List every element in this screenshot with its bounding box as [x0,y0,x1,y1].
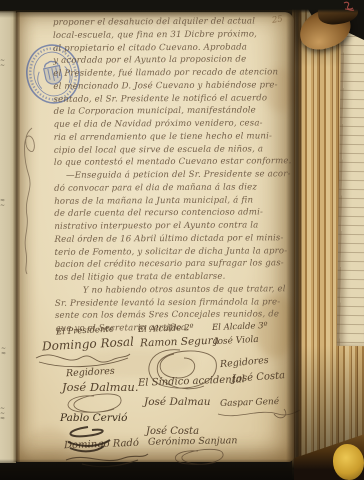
signature-regidor-sans: Gerónimo Sanjuan [148,435,238,448]
rubric-president [34,346,134,370]
edge-ink-fragment: ~~ [0,58,4,68]
rubric-second-alcalde [134,344,226,396]
title-third-alcalde: El Alcalde 3º [212,321,268,333]
rubric-dalmau [56,392,132,416]
manuscript-text: proponer el desahucio del alquiler del a… [53,15,297,335]
edge-ink-fragment: ~≈ [1,346,5,356]
margin-flourish [20,124,42,276]
signature-regidor-dalmau-2: José Dalmau [144,396,211,408]
edge-ink-fragment: ≈~ [0,198,4,208]
label-regidores-right: Regidores [220,355,270,370]
edge-ink-fragment: ~~≈ [0,406,4,421]
page-top-shadow [0,10,300,18]
scanned-document-photo: ~~ ≈~ ~≈ ~~≈ 25 proponer el d [0,0,364,480]
gold-object [333,444,364,480]
book-gutter-shadow [13,10,20,462]
signature-sindico: José Costa [232,370,286,385]
title-second-alcalde: El Alcalde 2º [138,323,194,335]
ruled-page-edge [337,10,364,346]
manuscript-page: 25 proponer el desahucio del alquiler de… [16,12,294,462]
red-edge-mark [341,0,357,14]
page-edge-shadow [286,8,302,470]
